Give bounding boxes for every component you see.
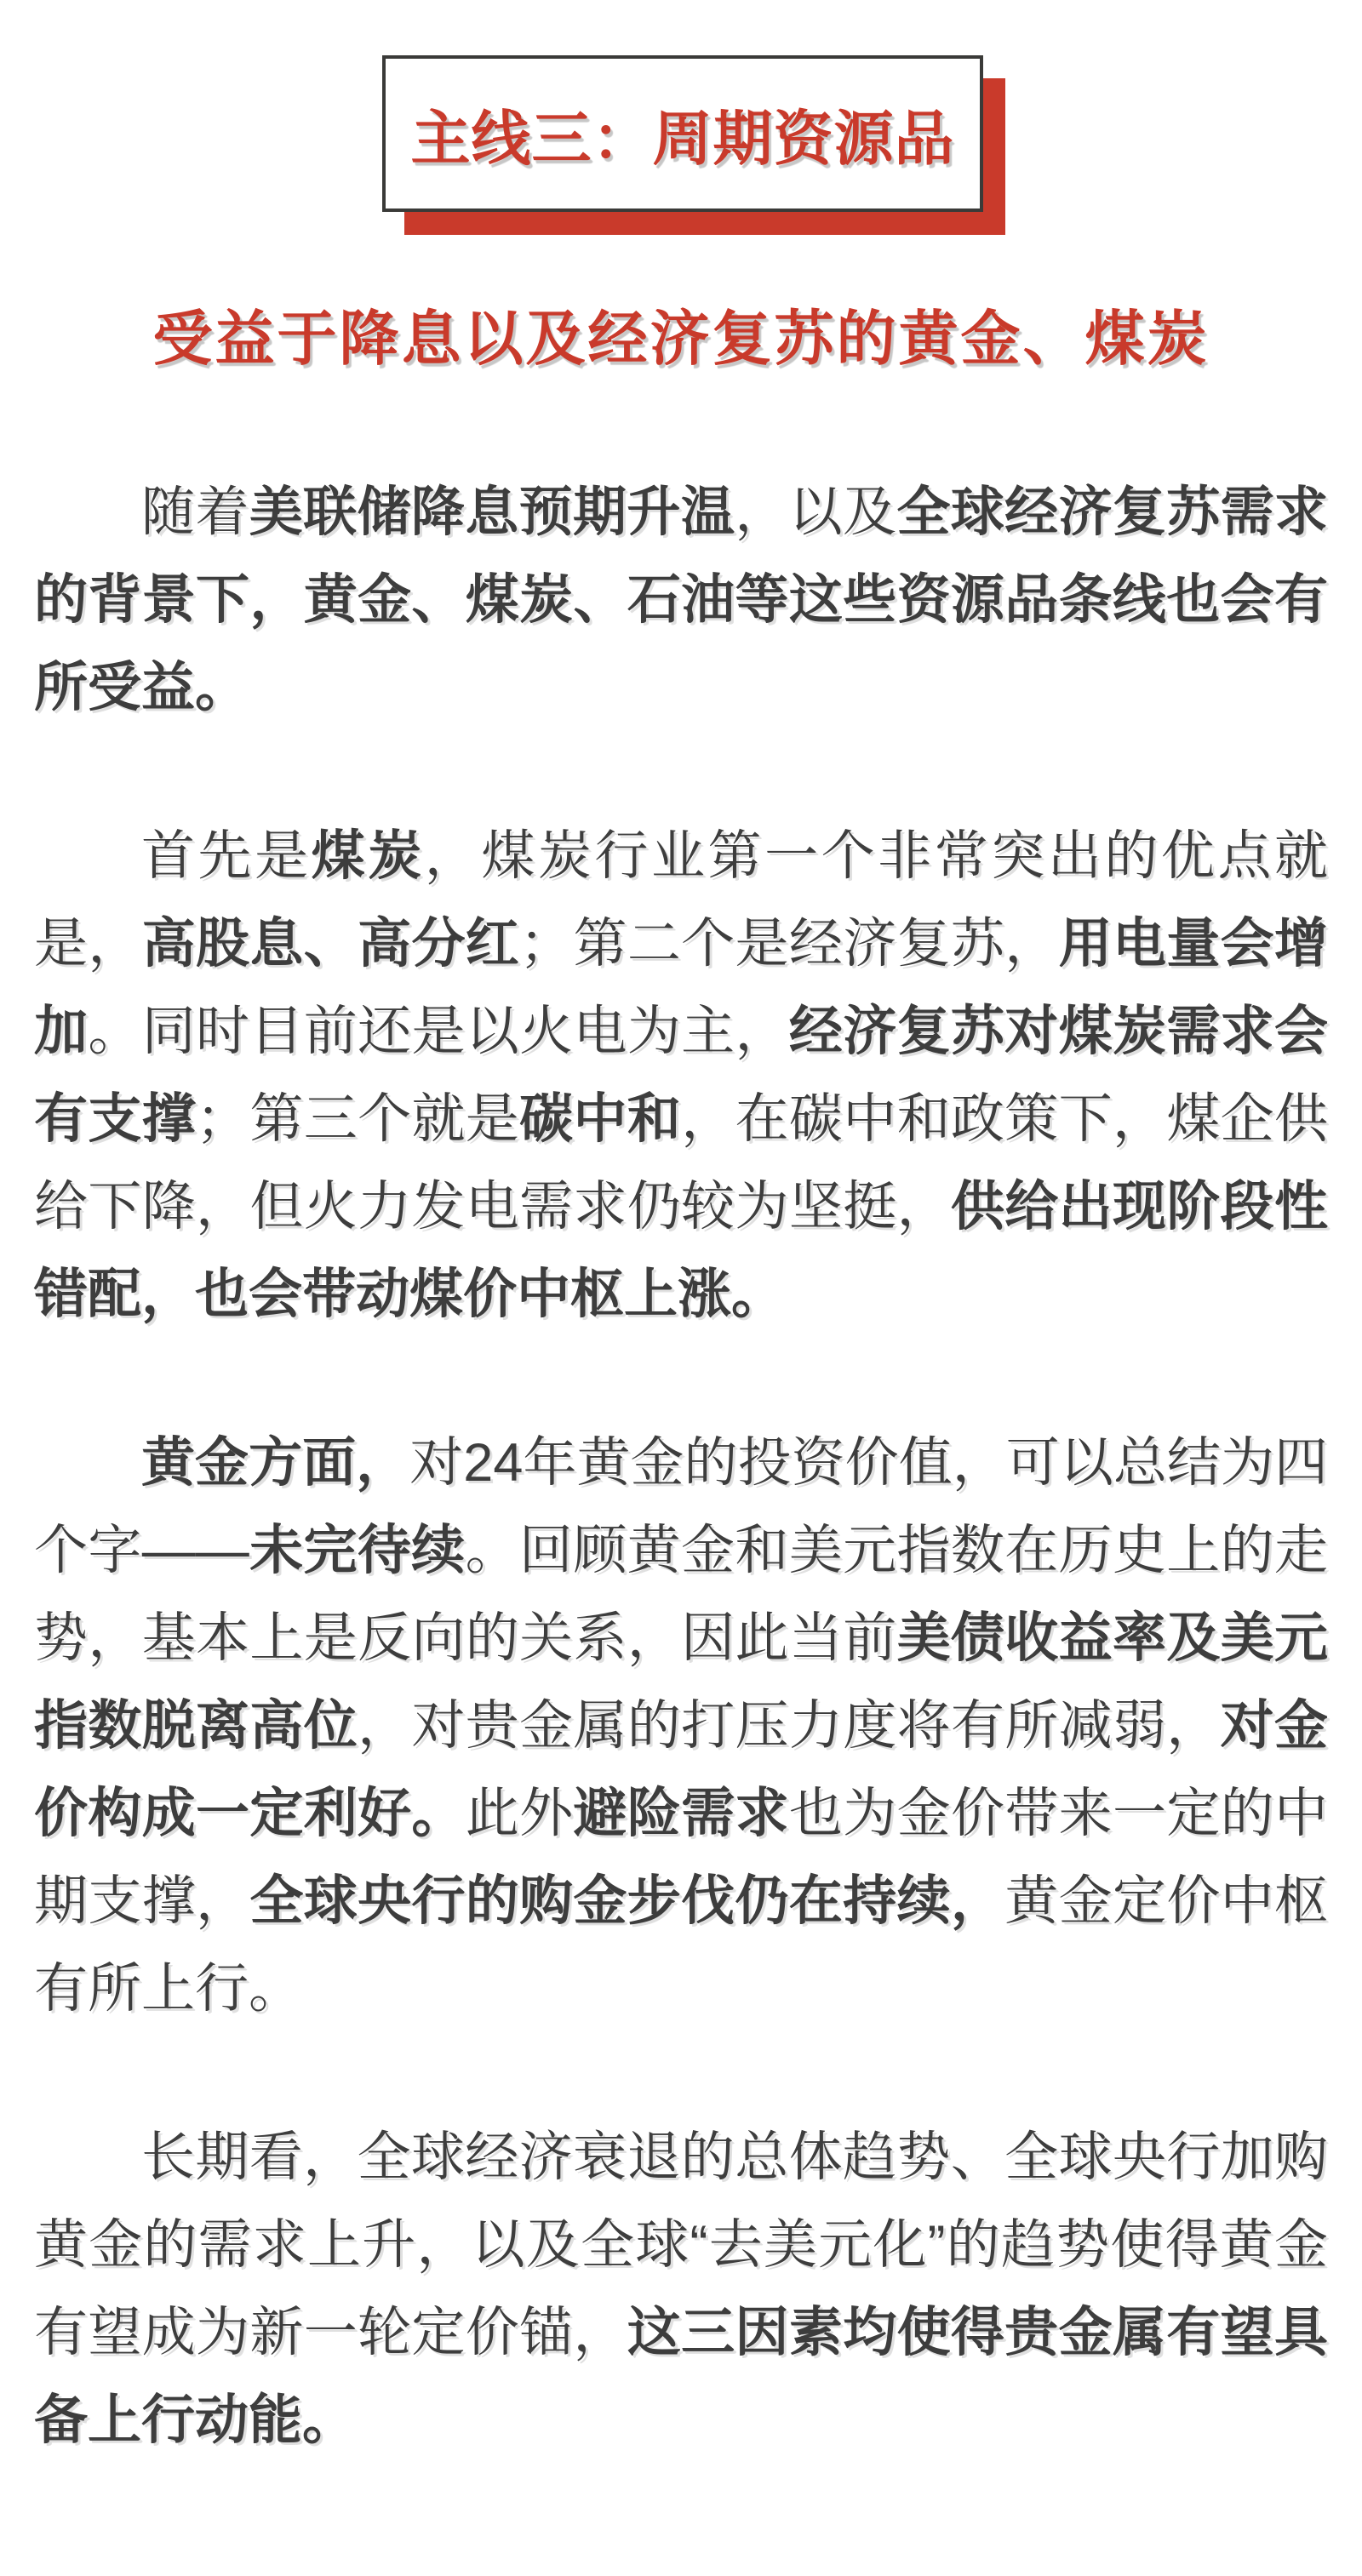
paragraph: 首先是煤炭，煤炭行业第一个非常突出的优点就是，高股息、高分红；第二个是经济复苏，… (34, 813, 1328, 1339)
subtitle: 受益于降息以及经济复苏的黄金、煤炭 (0, 309, 1362, 368)
body-text: 此外 (466, 1784, 574, 1843)
body-text: ；第三个就是 (196, 1089, 519, 1149)
emphasis-text: 避险需求 (574, 1784, 789, 1843)
emphasis-text: 碳中和 (519, 1089, 681, 1149)
emphasis-text: 全球央行的购金步伐仍在持续， (249, 1871, 1004, 1931)
emphasis-text: 美联储降息预期升温 (249, 483, 735, 542)
document-page: 主线三：周期资源品 受益于降息以及经济复苏的黄金、煤炭 随着美联储降息预期升温，… (0, 55, 1362, 2576)
headline-box: 主线三：周期资源品 (382, 55, 983, 212)
emphasis-text: 高股息、高分红 (142, 914, 519, 974)
article-body: 随着美联储降息预期升温，以及全球经济复苏需求的背景下，黄金、煤炭、石油等这些资源… (0, 469, 1362, 2516)
paragraph: 长期看，全球经济衰退的总体趋势、全球央行加购黄金的需求上升，以及全球“去美元化”… (34, 2114, 1328, 2465)
emphasis-text: 未完待续 (249, 1521, 466, 1580)
body-text: 随着 (141, 483, 249, 542)
paragraph: 黄金方面，对24年黄金的投资价值，可以总结为四个字——未完待续。回顾黄金和美元指… (34, 1419, 1328, 2033)
paragraph: 随着美联储降息预期升温，以及全球经济复苏需求的背景下，黄金、煤炭、石油等这些资源… (34, 469, 1328, 732)
emphasis-text: 黄金方面， (141, 1433, 409, 1493)
body-text: ，对贵金属的打压力度将有所减弱， (358, 1696, 1221, 1756)
body-text: 首先是 (141, 826, 312, 886)
emphasis-text: 煤炭 (312, 826, 425, 886)
body-text: 。同时目前还是以火电为主， (88, 1002, 789, 1061)
body-text: ，以及 (735, 483, 896, 542)
headline-title: 主线三：周期资源品 (411, 91, 955, 177)
body-text: ；第二个是经济复苏， (519, 914, 1058, 974)
